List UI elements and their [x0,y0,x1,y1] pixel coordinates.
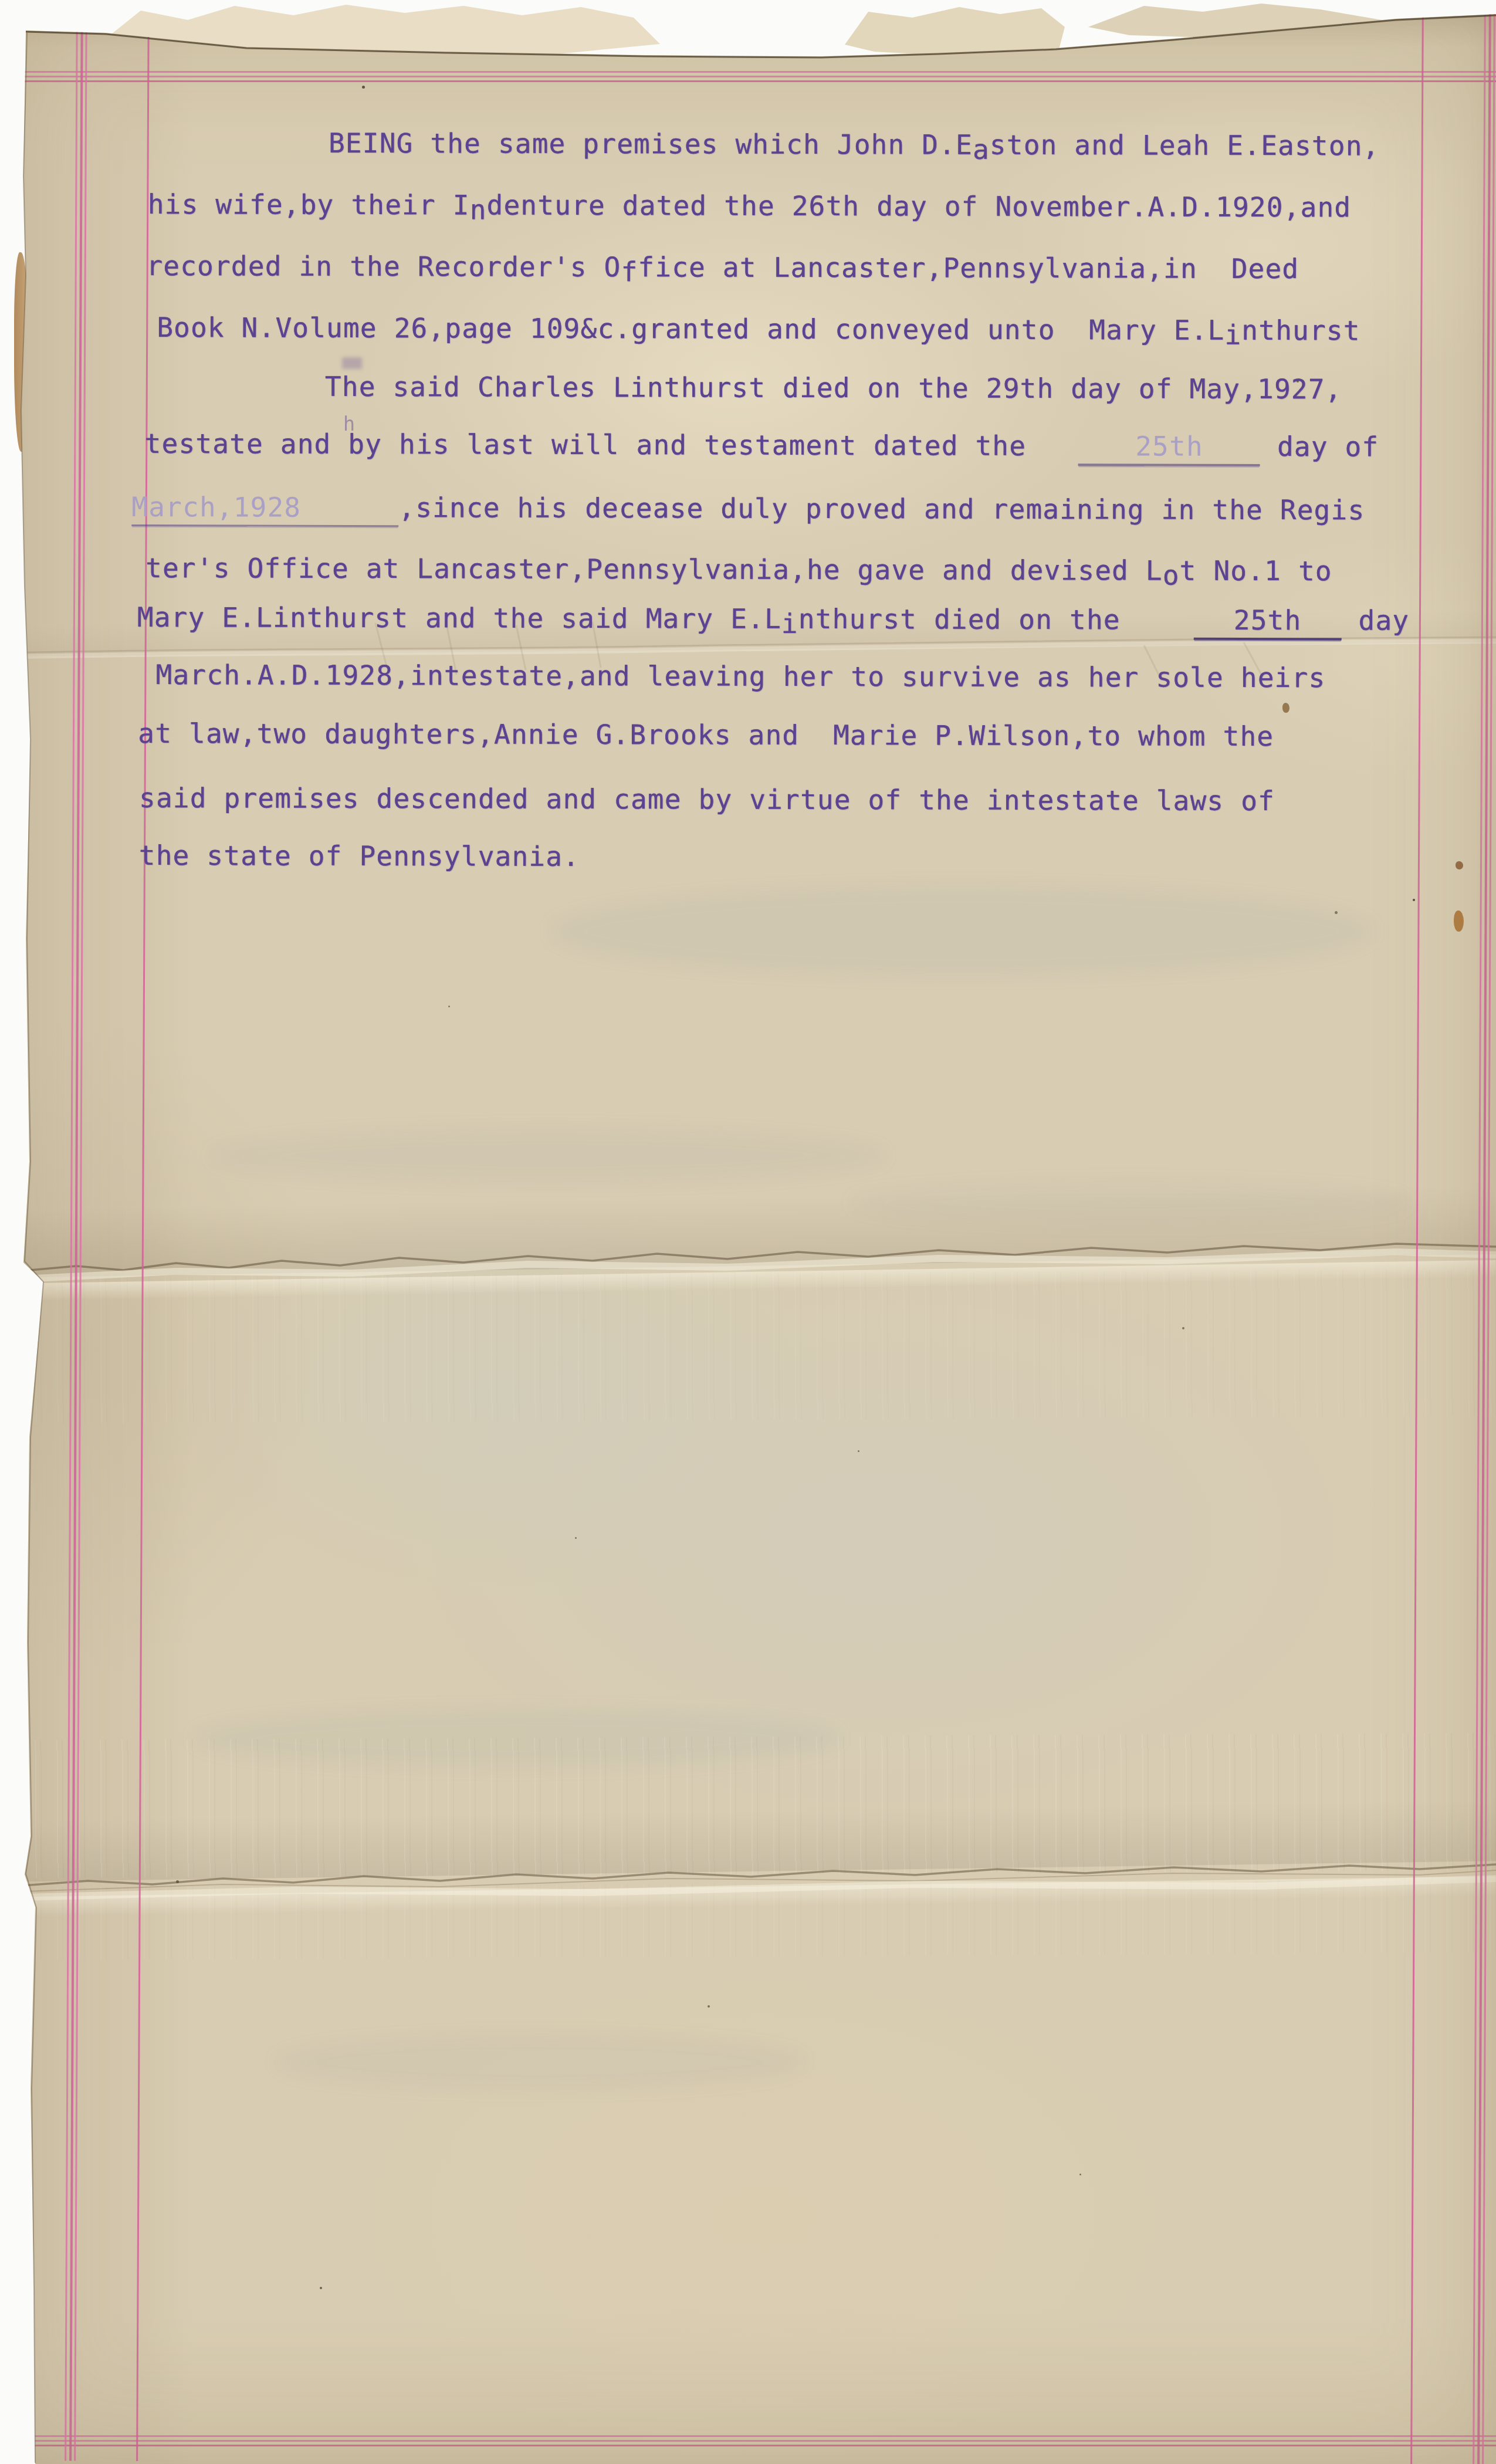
speck [858,1450,859,1452]
typewritten-text-layer: BEING the same premises which John D.Eas… [0,0,1496,2464]
document-line: recorded in the Recorder's Office at Lan… [146,249,1299,285]
text-segment: nthurst died on the [798,603,1138,636]
speck [1297,380,1299,383]
text-segment: a [973,134,990,165]
stain [1454,911,1464,932]
document-line: testate and by his last will and testame… [145,427,1379,467]
text-segment: March.A.D.1928,intestate,and leaving her… [156,659,1326,693]
speck [176,1880,179,1883]
text-segment: testate and by his last will and testame… [145,428,1044,462]
text-segment: ,since his decease duly proved and remai… [398,492,1365,526]
document-line: his wife,by their Indenture dated the 26… [148,188,1352,224]
document-line: March.A.D.1928,intestate,and leaving her… [156,658,1326,694]
speck [1413,899,1415,901]
text-segment: denture dated the 26th day of November.A… [487,189,1352,224]
speck [448,1006,450,1007]
document-line: BEING the same premises which John D.Eas… [329,127,1380,163]
text-segment: recorded in the Recorder's O [146,250,621,283]
document-line: The said Charles Linthurst died on the 2… [325,370,1342,406]
stain [1282,703,1289,713]
text-segment: his wife,by their I [148,188,470,221]
stain [1456,861,1463,869]
speck [362,86,365,89]
text-segment: f [621,256,638,287]
document-line: Mary E.Linthurst and the said Mary E.Lin… [137,601,1410,641]
text-segment: 25th [1194,604,1342,641]
text-segment: n [470,194,487,226]
text-segment: at law,two daughters,Annie G.Brooks and … [138,717,1274,752]
speck [320,2287,322,2289]
speck [1079,2174,1081,2175]
ink-smudge [342,357,362,369]
text-segment: day of [1260,431,1379,463]
text-segment: fice at Lancaster,Pennsylvania,in Deed [638,251,1299,285]
text-segment: o [1163,560,1180,591]
text-segment: i [1224,319,1241,351]
text-segment: the state of Pennsylvania. [139,840,580,872]
text-segment: i [781,608,798,639]
text-segment: March,1928 [131,490,398,527]
text-segment: nthurst [1241,314,1360,347]
speck [575,1537,577,1539]
text-segment: t No.1 to [1180,555,1332,587]
text-segment: The said Charles Linthurst died on the 2… [325,371,1342,405]
speck [1335,911,1338,914]
text-segment: day [1342,604,1410,636]
document-line: said premises descended and came by virt… [139,781,1275,817]
text-segment: ston and Leah E.Easton, [990,129,1380,162]
text-segment: Mary E.Linthurst and the said Mary E.L [137,601,781,635]
speck [1182,1327,1184,1329]
document-line: the state of Pennsylvania. [139,839,580,873]
speck [708,2005,710,2008]
text-segment: Book N.Volume 26,page 109&c.granted and … [157,312,1224,346]
left-edge-shading [0,0,15,2464]
text-segment: ter's Office at Lancaster,Pennsylvania,h… [145,552,1163,587]
text-segment: BEING the same premises which John D.E [329,127,973,161]
text-segment: said premises descended and came by virt… [139,782,1275,817]
document-line: ter's Office at Lancaster,Pennsylvania,h… [145,551,1332,587]
document-line: at law,two daughters,Annie G.Brooks and … [138,717,1274,753]
ledger-paper: BEING the same premises which John D.Eas… [0,0,1496,2464]
document-line: Book N.Volume 26,page 109&c.granted and … [157,311,1360,347]
text-segment: 25th [1078,429,1260,466]
document-line: March,1928,since his decease duly proved… [131,490,1365,530]
stray-typed-character: h [343,412,356,436]
scanned-document: BEING the same premises which John D.Eas… [0,0,1496,2464]
